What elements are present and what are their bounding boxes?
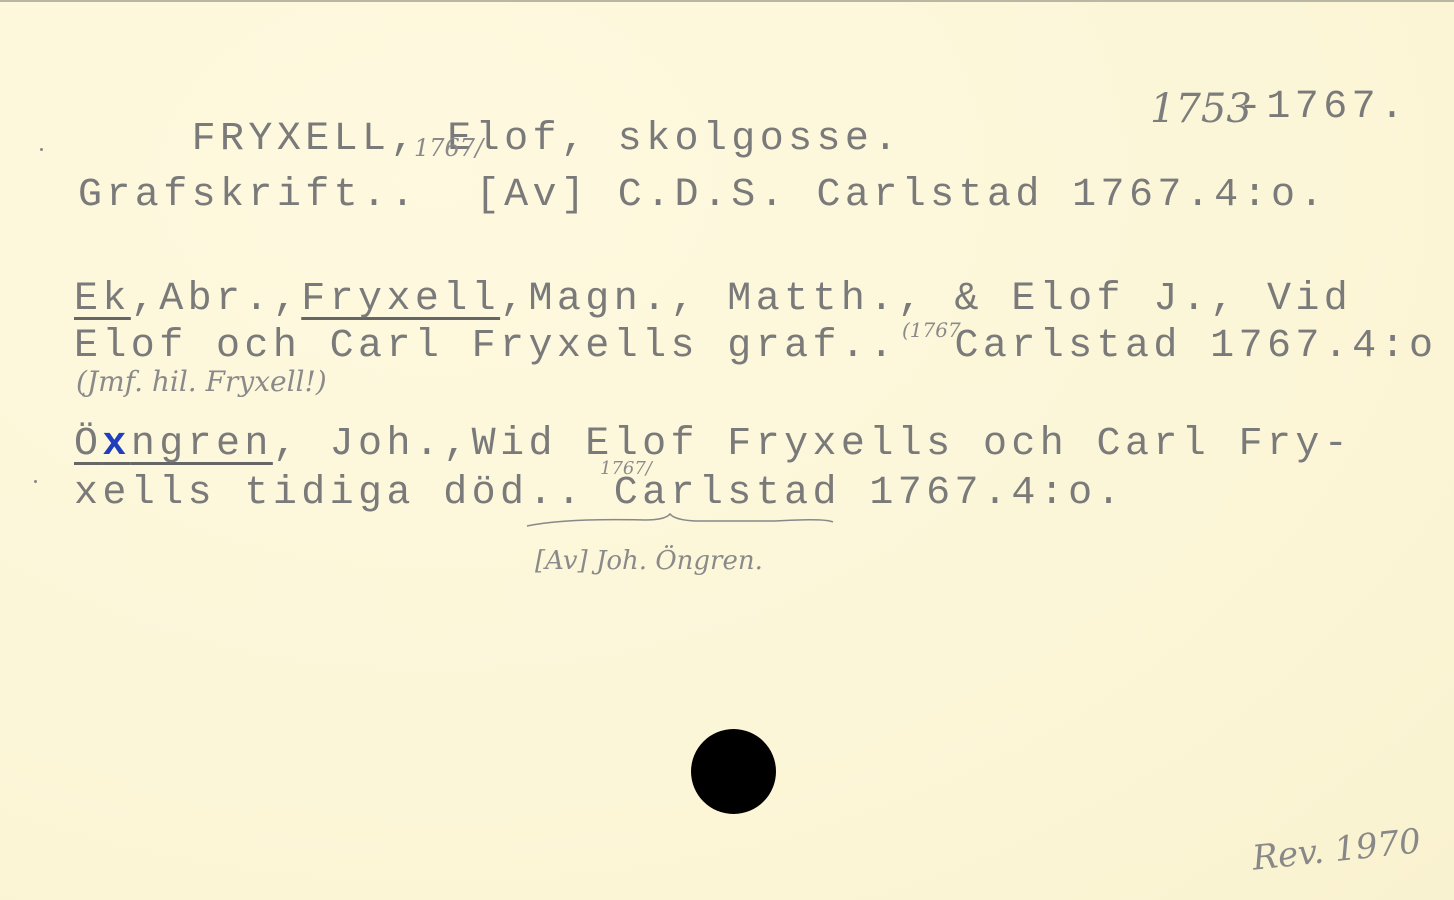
- brace-mark: [525, 512, 835, 528]
- heading-birth-year-handwritten: 1753: [1150, 86, 1252, 132]
- entry2-imprint: Carlstad 1767.4:o: [955, 324, 1438, 369]
- entry3-line2: xells tidiga död.. Carlstad 1767.4:o.: [74, 474, 1125, 514]
- entry2-line2: Elof och Carl Fryxells graf.. Carlstad 1…: [74, 327, 1437, 367]
- entry3-handwritten-year: 1767/: [600, 458, 652, 479]
- entry1-line: Grafskrift.. [Av] C.D.S. Carlstad 1767.4…: [78, 176, 1328, 216]
- entry2-author-fryxell: Fryxell: [301, 277, 500, 322]
- entry1-handwritten-year: 1767/: [414, 134, 483, 162]
- entry2-title: Elof och Carl Fryxells graf..: [74, 324, 898, 369]
- entry2-line1: Ek,Abr.,Fryxell,Magn., Matth., & Elof J.…: [74, 280, 1352, 320]
- catalog-card: FRYXELL, Elof, skolgosse. 1753 -1767. 17…: [0, 0, 1454, 900]
- speck: [40, 148, 43, 151]
- entry3-line1: Öxngren, Joh.,Wid Elof Fryxells och Carl…: [74, 425, 1352, 465]
- entry3-title: xells tidiga död..: [74, 471, 585, 516]
- entry3-handwritten-attribution: [Av] Joh. Öngren.: [535, 546, 763, 576]
- entry3-author: Öxngren: [74, 422, 273, 467]
- entry2-handwritten-note: (Jmf. hil. Fryxell!): [76, 365, 327, 398]
- entry2-author-text-1: ,Abr.,: [131, 277, 301, 322]
- entry2-author-text-2: ,Magn., Matth., & Elof J., Vid: [500, 277, 1352, 322]
- blue-x-mark: x: [102, 422, 130, 467]
- heading-name: FRYXELL, Elof, skolgosse.: [192, 117, 902, 162]
- speck: [34, 480, 37, 483]
- punch-hole: [691, 729, 776, 814]
- entry1-imprint: [Av] C.D.S. Carlstad 1767.4:o.: [476, 173, 1328, 218]
- revision-note: Rev. 1970: [1250, 821, 1422, 878]
- heading-death-year: -1767.: [1238, 88, 1408, 128]
- entry1-title: Grafskrift..: [78, 173, 419, 218]
- card-top-edge: [0, 0, 1454, 2]
- entry2-author-ek: Ek: [74, 277, 131, 322]
- entry3-imprint: Carlstad 1767.4:o.: [614, 471, 1125, 516]
- entry2-handwritten-year: (1767: [902, 318, 961, 342]
- entry3-line1-rest: , Joh.,Wid Elof Fryxells och Carl Fry-: [273, 422, 1352, 467]
